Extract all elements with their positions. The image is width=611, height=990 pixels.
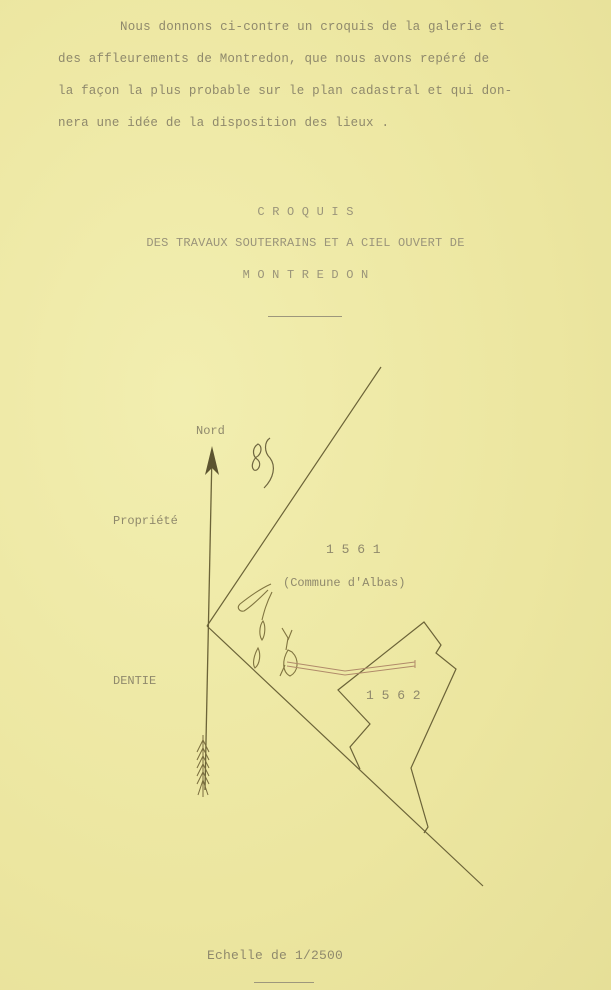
- owner-label-propriete: Propriété: [113, 514, 178, 528]
- parcel-1562-number: 1 5 6 2: [366, 688, 421, 703]
- site-sketch: [0, 0, 611, 990]
- handwritten-number-85: [252, 438, 273, 488]
- parcel-1561-commune: (Commune d'Albas): [283, 576, 405, 590]
- scale-label: Echelle de 1/2500: [207, 948, 343, 963]
- gallery-double-line: [287, 660, 415, 675]
- arrow-fletching-icon: [197, 735, 209, 797]
- document-page: Nous donnons ci-contre un croquis de la …: [0, 0, 611, 990]
- footer-divider: [254, 982, 314, 983]
- parcel-1561-number: 1 5 6 1: [326, 542, 381, 557]
- north-label: Nord: [196, 424, 225, 438]
- boundary-line-south: [207, 626, 483, 886]
- parcel-1562-outline: [338, 622, 456, 833]
- owner-label-dentie: DENTIE: [113, 674, 156, 688]
